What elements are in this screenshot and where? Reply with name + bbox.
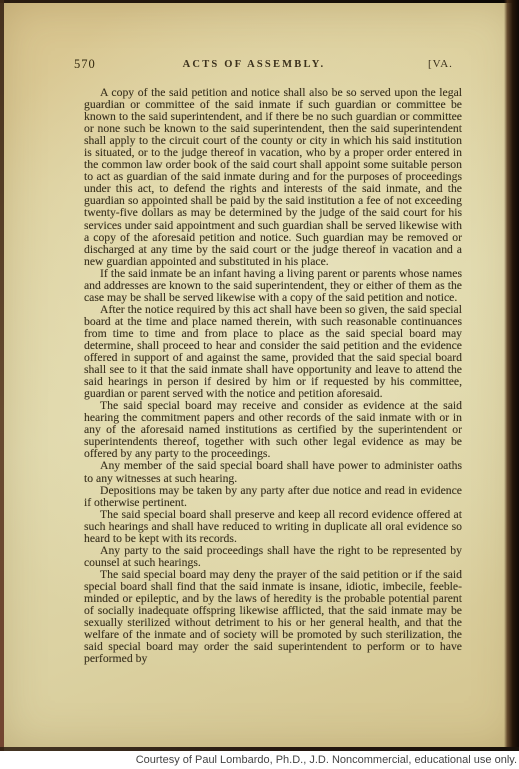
paragraph: Any party to the said proceedings shall … [84, 545, 462, 569]
scanned-page: 570 ACTS OF ASSEMBLY. [VA. A copy of the… [0, 0, 519, 751]
paragraph: Any member of the said special board sha… [84, 460, 462, 484]
page-header: 570 ACTS OF ASSEMBLY. [VA. [4, 57, 504, 71]
jurisdiction-label: [VA. [428, 58, 453, 70]
paragraph: After the notice required by this act sh… [84, 304, 462, 400]
paragraph: The said special board may deny the pray… [84, 569, 462, 665]
page-body-text: A copy of the said petition and notice s… [84, 87, 462, 665]
scan-border-right [504, 0, 519, 751]
paragraph: Depositions may be taken by any party af… [84, 485, 462, 509]
caption-text: Courtesy of Paul Lombardo, Ph.D., J.D. N… [136, 754, 517, 766]
paragraph: If the said inmate be an infant having a… [84, 268, 462, 304]
screenshot-root: { "page": { "header": { "page_number": "… [0, 0, 519, 769]
book-page: 570 ACTS OF ASSEMBLY. [VA. A copy of the… [4, 3, 504, 747]
scan-border-bottom [0, 747, 519, 751]
paragraph: The said special board shall preserve an… [84, 509, 462, 545]
paragraph: The said special board may receive and c… [84, 400, 462, 460]
scan-border-left [0, 0, 4, 751]
paragraph: A copy of the said petition and notice s… [84, 87, 462, 268]
caption-bar: Courtesy of Paul Lombardo, Ph.D., J.D. N… [0, 751, 519, 769]
scan-border-top [0, 0, 519, 3]
